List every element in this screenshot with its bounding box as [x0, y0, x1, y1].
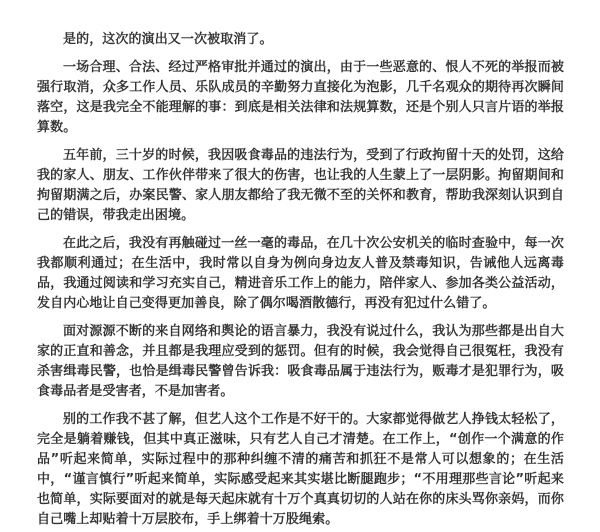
statement-text: 是的，这次的演出又一次被取消了。一场合理、合法、经过严格审批并通过的演出，由于一… — [0, 0, 600, 530]
paragraph: 一场合理、合法、经过严格审批并通过的演出，由于一些恶意的、恨人不死的举报而被强行… — [37, 58, 564, 138]
paragraph: 在此之后，我没有再触碰过一丝一毫的毒品，在几十次公安机关的临时查验中，每一次我都… — [37, 234, 564, 314]
statement-document: 是的，这次的演出又一次被取消了。一场合理、合法、经过严格审批并通过的演出，由于一… — [0, 0, 600, 532]
paragraph: 别的工作我不甚了解，但艺人这个工作是不好干的。大家都觉得做艺人挣钱太轻松了，完全… — [37, 410, 564, 530]
paragraph: 是的，这次的演出又一次被取消了。 — [37, 30, 564, 50]
paragraph: 面对源源不断的来自网络和舆论的语言暴力，我没有说过什么，我认为那些都是出自大家的… — [37, 322, 564, 402]
paragraph: 五年前，三十岁的时候，我因吸食毒品的违法行为，受到了行政拘留十天的处罚，这给我的… — [37, 146, 564, 226]
